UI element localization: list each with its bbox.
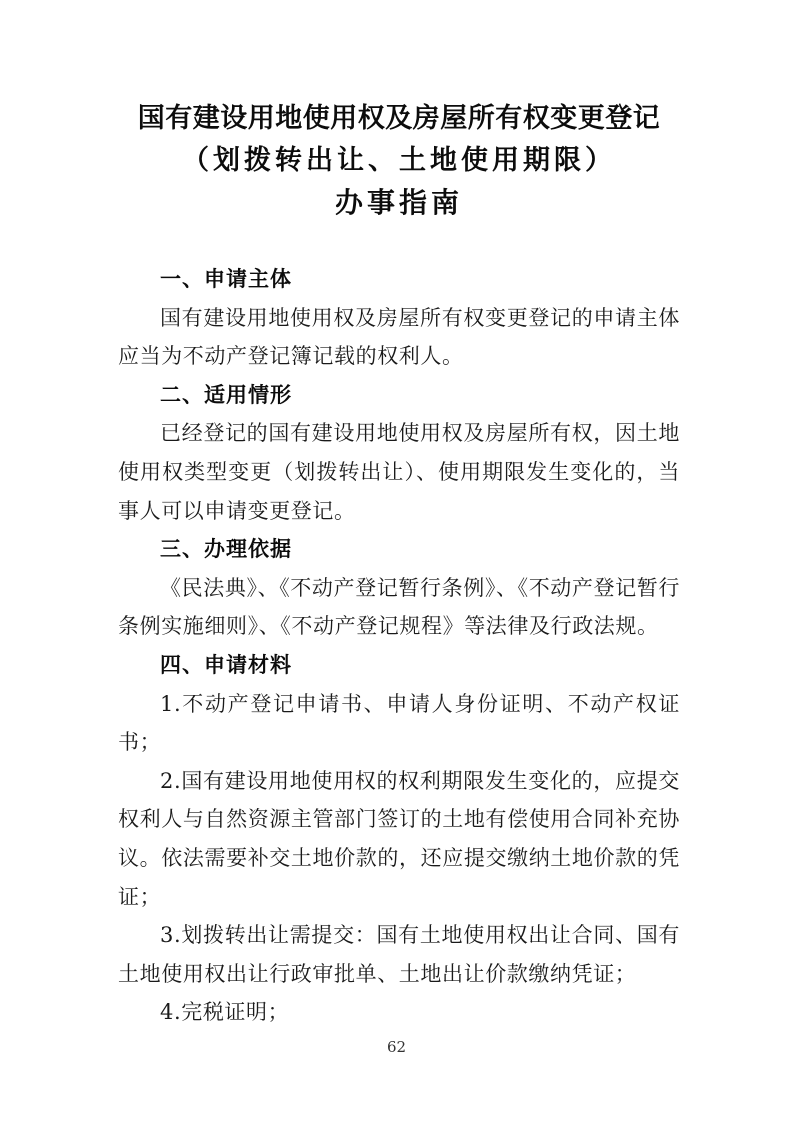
paragraph-application-subject: 国有建设用地使用权及房屋所有权变更登记的申请主体应当为不动产登记簿记载的权利人。: [118, 299, 680, 376]
paragraph-applicable-situations: 已经登记的国有建设用地使用权及房屋所有权，因土地使用权类型变更（划拨转出让）、使…: [118, 414, 680, 530]
title-line-1: 国有建设用地使用权及房屋所有权变更登记: [118, 98, 680, 140]
document-title: 国有建设用地使用权及房屋所有权变更登记 （划拨转出让、土地使用期限） 办事指南: [118, 98, 680, 224]
paragraph-material-item-2: 2.国有建设用地使用权的权利期限发生变化的，应提交权利人与自然资源主管部门签订的…: [118, 762, 680, 916]
document-body: 一、申请主体 国有建设用地使用权及房屋所有权变更登记的申请主体应当为不动产登记簿…: [118, 260, 680, 1032]
section-heading-application-subject: 一、申请主体: [118, 260, 680, 299]
paragraph-material-item-4: 4.完税证明；: [118, 993, 680, 1032]
title-line-3: 办事指南: [118, 182, 680, 224]
section-heading-application-materials: 四、申请材料: [118, 646, 680, 685]
page-number: 62: [0, 1038, 793, 1056]
title-line-2: （划拨转出让、土地使用期限）: [118, 140, 680, 182]
section-heading-applicable-situations: 二、适用情形: [118, 376, 680, 415]
paragraph-material-item-1: 1.不动产登记申请书、申请人身份证明、不动产权证书；: [118, 685, 680, 762]
section-heading-legal-basis: 三、办理依据: [118, 530, 680, 569]
paragraph-material-item-3: 3.划拨转出让需提交：国有土地使用权出让合同、国有土地使用权出让行政审批单、土地…: [118, 916, 680, 993]
document-page: 国有建设用地使用权及房屋所有权变更登记 （划拨转出让、土地使用期限） 办事指南 …: [0, 0, 793, 1122]
page-content: 国有建设用地使用权及房屋所有权变更登记 （划拨转出让、土地使用期限） 办事指南 …: [0, 0, 793, 1032]
paragraph-legal-basis: 《民法典》、《不动产登记暂行条例》、《不动产登记暂行条例实施细则》、《不动产登记…: [118, 569, 680, 646]
